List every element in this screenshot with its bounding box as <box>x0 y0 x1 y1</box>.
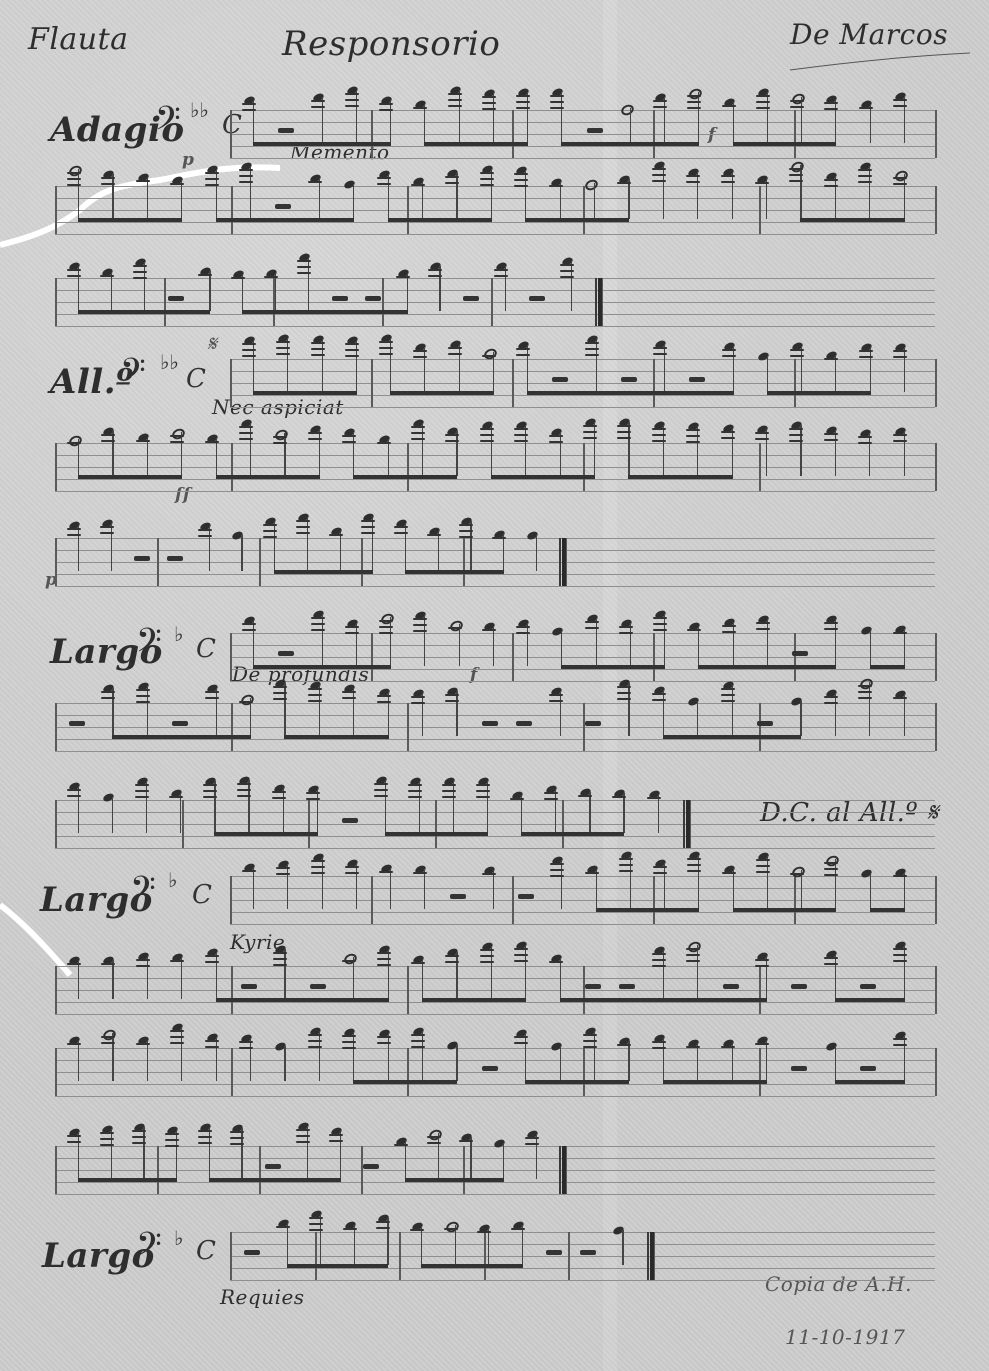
ledger-line <box>445 182 459 184</box>
ledger-line <box>893 875 907 877</box>
note-stem <box>214 781 215 833</box>
bar-line <box>759 186 761 234</box>
note-stem <box>307 1126 308 1179</box>
ledger-line <box>652 1047 666 1049</box>
ledger-line <box>687 107 701 109</box>
ledger-line <box>756 628 770 630</box>
note-beam <box>353 475 457 479</box>
ledger-line <box>893 177 907 179</box>
note-stem <box>800 701 801 736</box>
ledger-line <box>583 1040 597 1042</box>
note-stem <box>353 184 354 219</box>
note-stem <box>801 870 802 909</box>
ledger-line <box>550 101 564 103</box>
bass-clef-icon: 𝄢 <box>136 1226 162 1272</box>
ledger-line <box>345 105 359 107</box>
ledger-line <box>858 169 872 171</box>
staff-line <box>55 222 935 223</box>
staff-line <box>55 727 935 728</box>
ledger-line <box>342 435 356 437</box>
bar-line <box>435 800 437 848</box>
ledger-line <box>687 858 701 860</box>
note-stem <box>630 623 631 666</box>
ledger-line <box>309 1229 323 1231</box>
note-stem <box>181 957 182 999</box>
staff-line <box>55 1084 935 1085</box>
note-beam <box>78 310 210 314</box>
ledger-line <box>170 960 184 962</box>
note-beam <box>385 832 488 836</box>
ledger-line <box>205 697 219 699</box>
note-stem <box>766 179 767 219</box>
rest-icon <box>278 128 294 133</box>
ledger-line <box>755 432 769 434</box>
note-stem <box>356 90 357 143</box>
ledger-line <box>342 441 356 443</box>
bar-line <box>231 186 233 234</box>
ledger-line <box>198 529 212 531</box>
note-stem <box>493 93 494 143</box>
bar-line <box>935 1048 937 1096</box>
note-stem <box>253 620 254 666</box>
note-stem <box>491 169 492 219</box>
ledger-line <box>377 442 391 444</box>
note-beam <box>527 391 734 395</box>
note-stem <box>767 619 768 666</box>
note-beam <box>216 475 320 479</box>
note-stem <box>459 90 460 143</box>
staff <box>55 538 935 586</box>
ledger-line <box>374 783 388 785</box>
note-stem <box>697 1043 698 1081</box>
note-stem <box>904 872 905 909</box>
ledger-line <box>789 434 803 436</box>
staff <box>230 359 935 407</box>
note-stem <box>78 266 79 311</box>
ledger-line <box>445 700 459 702</box>
ledger-line <box>448 93 462 95</box>
bar-line <box>231 966 233 1014</box>
note-stem <box>340 531 341 571</box>
note-stem <box>340 1131 341 1179</box>
ledger-line <box>343 1228 357 1230</box>
bar-line <box>55 443 57 491</box>
note-beam <box>525 218 629 222</box>
ledger-line <box>790 355 804 357</box>
bar-line <box>55 278 57 326</box>
note-stem <box>571 261 572 311</box>
note-stem <box>209 526 210 571</box>
ledger-line <box>858 181 872 183</box>
ledger-line <box>242 343 256 345</box>
ledger-line <box>133 271 147 273</box>
ledger-line <box>273 698 287 700</box>
note-stem <box>663 950 664 999</box>
ledger-line <box>789 180 803 182</box>
note-beam <box>284 735 388 739</box>
note-beam <box>561 142 699 146</box>
rest-icon <box>546 1250 562 1255</box>
note-stem <box>505 266 506 311</box>
ledger-line <box>273 958 287 960</box>
rest-icon <box>860 984 876 989</box>
note-stem <box>419 781 420 833</box>
note-stem <box>589 792 590 833</box>
bar-line <box>407 443 409 491</box>
note-stem <box>322 339 323 392</box>
note-beam <box>491 475 595 479</box>
ledger-line <box>361 520 375 522</box>
ledger-line <box>482 108 496 110</box>
bar-line <box>259 1146 261 1194</box>
ledger-line <box>482 629 496 631</box>
note-stem <box>319 178 320 219</box>
note-stem <box>422 693 423 736</box>
key-signature: ♭♭ <box>190 98 209 122</box>
ledger-line <box>239 181 253 183</box>
bar-line <box>382 278 384 326</box>
ledger-line <box>272 791 286 793</box>
note-stem <box>630 108 631 143</box>
note-beam <box>767 391 871 395</box>
ledger-line <box>101 691 115 693</box>
note-stem <box>525 425 526 476</box>
ledger-line <box>170 183 184 185</box>
note-stem <box>390 617 391 666</box>
staff-line <box>230 146 935 147</box>
ledger-line <box>653 100 667 102</box>
ledger-line <box>308 1034 322 1036</box>
staff-line <box>55 302 935 303</box>
ledger-line <box>276 347 290 349</box>
note-stem <box>904 174 905 219</box>
staff-line <box>55 1194 935 1195</box>
ledger-line <box>100 1132 114 1134</box>
note-stem <box>801 346 802 392</box>
ledger-line <box>619 870 633 872</box>
note-stem <box>663 425 664 476</box>
note-stem <box>146 781 147 833</box>
ledger-line <box>511 1228 525 1230</box>
ledger-line <box>721 688 735 690</box>
ledger-line <box>514 1042 528 1044</box>
note-stem <box>904 347 905 392</box>
bass-clef-icon: 𝄢 <box>136 622 162 668</box>
ledger-line <box>411 1034 425 1036</box>
note-stem <box>317 789 318 833</box>
ledger-line <box>242 623 256 625</box>
note-stem <box>493 626 494 666</box>
ledger-line <box>297 272 311 274</box>
ledger-line <box>379 353 393 355</box>
rest-icon <box>585 721 601 726</box>
ledger-line <box>230 1137 244 1139</box>
note-stem <box>250 698 251 736</box>
ledger-line <box>136 689 150 691</box>
staff-line <box>55 715 935 716</box>
ledger-line <box>514 960 528 962</box>
ledger-line <box>411 184 425 186</box>
ledger-line <box>448 99 462 101</box>
note-beam <box>835 998 905 1002</box>
ledger-line <box>824 358 838 360</box>
rest-icon <box>552 377 568 382</box>
ledger-line <box>342 691 356 693</box>
ledger-line <box>342 1041 356 1043</box>
bar-line <box>512 359 514 407</box>
ledger-line <box>722 105 736 107</box>
key-signature: ♭♭ <box>160 350 179 374</box>
note-stem <box>664 863 665 909</box>
note-stem <box>78 169 79 219</box>
note-stem <box>453 781 454 833</box>
ledger-line <box>893 954 907 956</box>
ledger-line <box>165 1139 179 1141</box>
bar-line <box>583 703 585 751</box>
staff-line <box>230 134 935 135</box>
ledger-line <box>311 866 325 868</box>
note-stem <box>112 431 113 476</box>
note-beam <box>405 1178 504 1182</box>
ledger-line <box>722 625 736 627</box>
ledger-line <box>585 342 599 344</box>
staff-line <box>55 562 935 563</box>
staff-line <box>230 110 935 111</box>
ledger-line <box>311 100 325 102</box>
bar-line <box>407 186 409 234</box>
ledger-line <box>132 1136 146 1138</box>
ledger-line <box>893 183 907 185</box>
rest-icon <box>518 894 534 899</box>
ledger-line <box>411 696 425 698</box>
note-stem <box>284 1046 285 1081</box>
ledger-line <box>480 955 494 957</box>
ledger-line <box>67 1141 81 1143</box>
note-stem <box>456 691 457 736</box>
ledger-line <box>560 276 574 278</box>
ledger-line <box>445 955 459 957</box>
bar-line <box>653 110 655 158</box>
ledger-line <box>583 1034 597 1036</box>
final-double-bar <box>559 1146 566 1194</box>
ledger-line <box>494 269 508 271</box>
ledger-line <box>413 872 427 874</box>
ledger-line <box>345 349 359 351</box>
ledger-line <box>653 629 667 631</box>
ledger-line <box>230 1143 244 1145</box>
ledger-line <box>789 428 803 430</box>
note-stem <box>353 688 354 736</box>
ledger-line <box>686 954 700 956</box>
bar-line <box>759 1048 761 1096</box>
ledger-line <box>308 1040 322 1042</box>
note-stem <box>555 789 556 833</box>
ledger-line <box>329 1134 343 1136</box>
ledger-line <box>264 276 278 278</box>
ledger-line <box>394 1144 408 1146</box>
note-stem <box>456 1045 457 1081</box>
note-beam <box>78 1178 177 1182</box>
ledger-line <box>480 428 494 430</box>
ledger-line <box>308 688 322 690</box>
ledger-line <box>653 347 667 349</box>
staff <box>55 800 935 848</box>
note-beam <box>216 218 355 222</box>
note-beam <box>596 908 700 912</box>
ledger-line <box>824 963 838 965</box>
ledger-line <box>379 109 393 111</box>
note-stem <box>733 622 734 666</box>
ledger-line <box>549 961 563 963</box>
ledger-line <box>242 103 256 105</box>
ledger-line <box>101 697 115 699</box>
note-beam <box>78 475 182 479</box>
note-stem <box>664 344 665 392</box>
ledger-line <box>67 178 81 180</box>
ledger-line <box>379 871 393 873</box>
note-stem <box>622 1230 623 1265</box>
ledger-line <box>492 537 506 539</box>
ledger-line <box>239 426 253 428</box>
staff-line <box>55 198 935 199</box>
note-stem <box>697 172 698 219</box>
ledger-line <box>824 185 838 187</box>
ledger-line <box>686 960 700 962</box>
ledger-line <box>722 631 736 633</box>
note-stem <box>388 174 389 219</box>
ledger-line <box>311 342 325 344</box>
note-stem <box>596 618 597 666</box>
note-stem <box>493 352 494 392</box>
note-stem <box>390 100 391 143</box>
ledger-line <box>578 795 592 797</box>
note-stem <box>180 793 181 833</box>
note-stem <box>319 429 320 476</box>
note-stem <box>491 425 492 476</box>
ledger-line <box>756 859 770 861</box>
ledger-line <box>237 783 251 785</box>
bar-line <box>794 110 796 158</box>
bar-line <box>407 966 409 1014</box>
ledger-line <box>585 621 599 623</box>
note-stem <box>356 623 357 666</box>
rest-icon <box>275 204 291 209</box>
staff-line <box>55 455 935 456</box>
ledger-line <box>408 784 422 786</box>
ledger-line <box>273 952 287 954</box>
note-stem <box>405 523 406 571</box>
ledger-line <box>477 1231 491 1233</box>
rest-icon <box>482 1066 498 1071</box>
note-stem <box>353 1032 354 1081</box>
ledger-line <box>686 435 700 437</box>
ledger-line <box>273 964 287 966</box>
ledger-line <box>345 866 359 868</box>
ledger-line <box>858 691 872 693</box>
note-beam <box>870 908 905 912</box>
note-stem <box>870 873 871 909</box>
staff-line <box>55 966 935 967</box>
note-beam <box>560 998 767 1002</box>
ledger-line <box>394 532 408 534</box>
bar-line <box>407 1048 409 1096</box>
note-stem <box>241 535 242 571</box>
ledger-line <box>756 101 770 103</box>
rest-icon <box>265 1164 281 1169</box>
bar-line <box>759 443 761 491</box>
note-beam <box>112 735 251 739</box>
note-stem <box>560 958 561 999</box>
ledger-line <box>824 622 838 624</box>
note-stem <box>697 701 698 736</box>
note-stem <box>274 521 275 571</box>
ledger-line <box>311 872 325 874</box>
ledger-line <box>721 431 735 433</box>
ledger-line <box>67 795 81 797</box>
ledger-line <box>198 535 212 537</box>
staff-line <box>55 990 935 991</box>
ledger-line <box>170 441 184 443</box>
note-stem <box>536 1134 537 1179</box>
note-beam <box>561 665 665 669</box>
ledger-line <box>789 440 803 442</box>
note-stem <box>322 97 323 143</box>
rest-icon <box>363 1164 379 1169</box>
note-stem <box>248 780 249 833</box>
staff-line <box>55 479 935 480</box>
ledger-line <box>311 617 325 619</box>
staff <box>55 966 935 1014</box>
date: 11-10-1917 <box>785 1325 905 1349</box>
staff-line <box>230 1268 935 1269</box>
ledger-line <box>427 534 441 536</box>
ledger-line <box>132 1142 146 1144</box>
note-beam <box>353 1080 457 1084</box>
ledger-line <box>686 181 700 183</box>
ledger-line <box>101 963 115 965</box>
rest-icon <box>621 377 637 382</box>
note-beam <box>287 1264 389 1268</box>
ledger-line <box>480 949 494 951</box>
ledger-line <box>514 954 528 956</box>
composer-name: De Marcos <box>790 18 948 51</box>
staff-line <box>230 657 935 658</box>
bar-line <box>230 633 232 681</box>
note-stem <box>904 694 905 736</box>
staff-line <box>230 383 935 384</box>
note-beam <box>253 391 357 395</box>
ledger-line <box>239 438 253 440</box>
note-stem <box>527 623 528 666</box>
ledger-line <box>482 102 496 104</box>
note-stem <box>904 629 905 666</box>
staff-line <box>230 122 935 123</box>
ledger-line <box>617 437 631 439</box>
note-beam <box>525 1080 629 1084</box>
ledger-line <box>459 536 473 538</box>
ledger-line <box>514 434 528 436</box>
ledger-line <box>203 790 217 792</box>
note-stem <box>438 1133 439 1179</box>
ledger-line <box>239 1041 253 1043</box>
ledger-line <box>653 106 667 108</box>
bar-line <box>935 359 937 407</box>
ledger-line <box>377 183 391 185</box>
ledger-line <box>296 532 310 534</box>
staff-line <box>230 912 935 913</box>
bar-line <box>583 966 585 1014</box>
ledger-line <box>893 434 907 436</box>
